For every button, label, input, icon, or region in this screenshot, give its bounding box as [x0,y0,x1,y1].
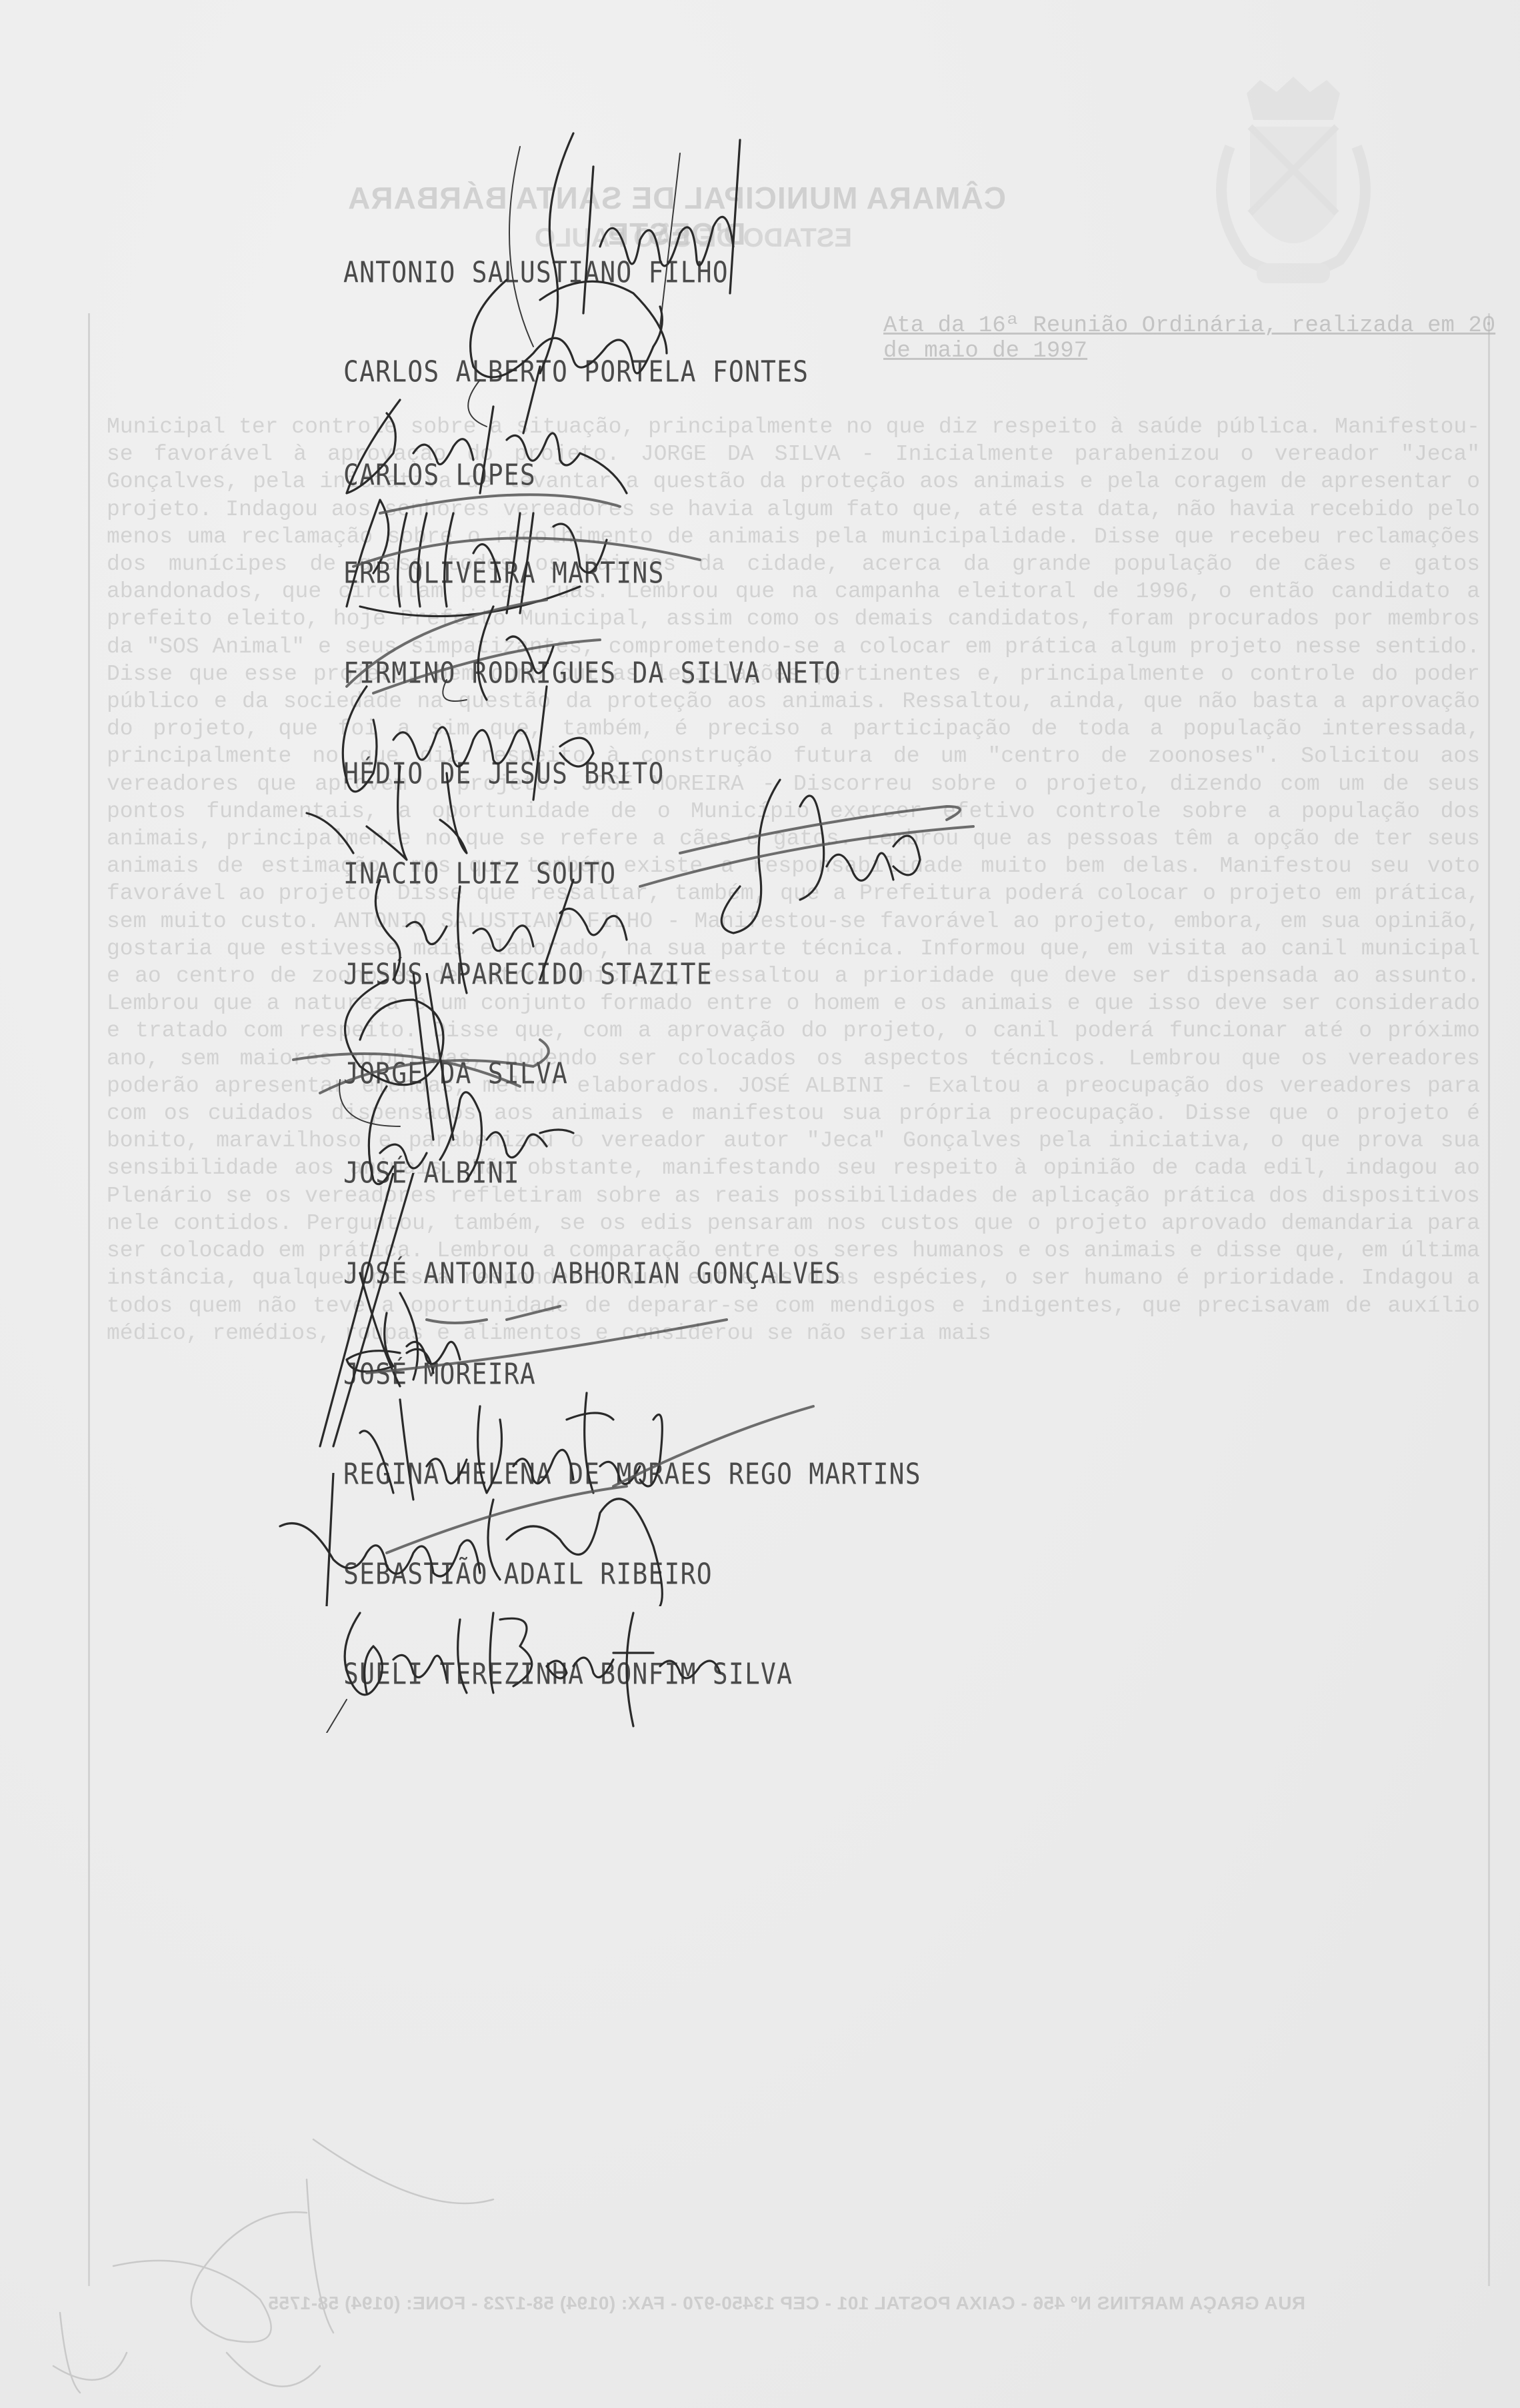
showthrough-signature-marks [27,2099,507,2406]
page-frame-left-line [88,313,90,2286]
coat-of-arms-icon [1193,73,1393,293]
scanned-page: CÂMARA MUNICIPAL DE SANTA BÁRBARA D'OEST… [0,0,1520,2408]
signature-sueli-terezinha-bonfim-silva [320,1600,787,1733]
signature-sebastiao-adail-ribeiro [253,1473,800,1606]
signature-jose-moreira [313,1306,833,1386]
minutes-title-showthrough: Ata da 16ª Reunião Ordinária, realizada … [883,313,1520,364]
